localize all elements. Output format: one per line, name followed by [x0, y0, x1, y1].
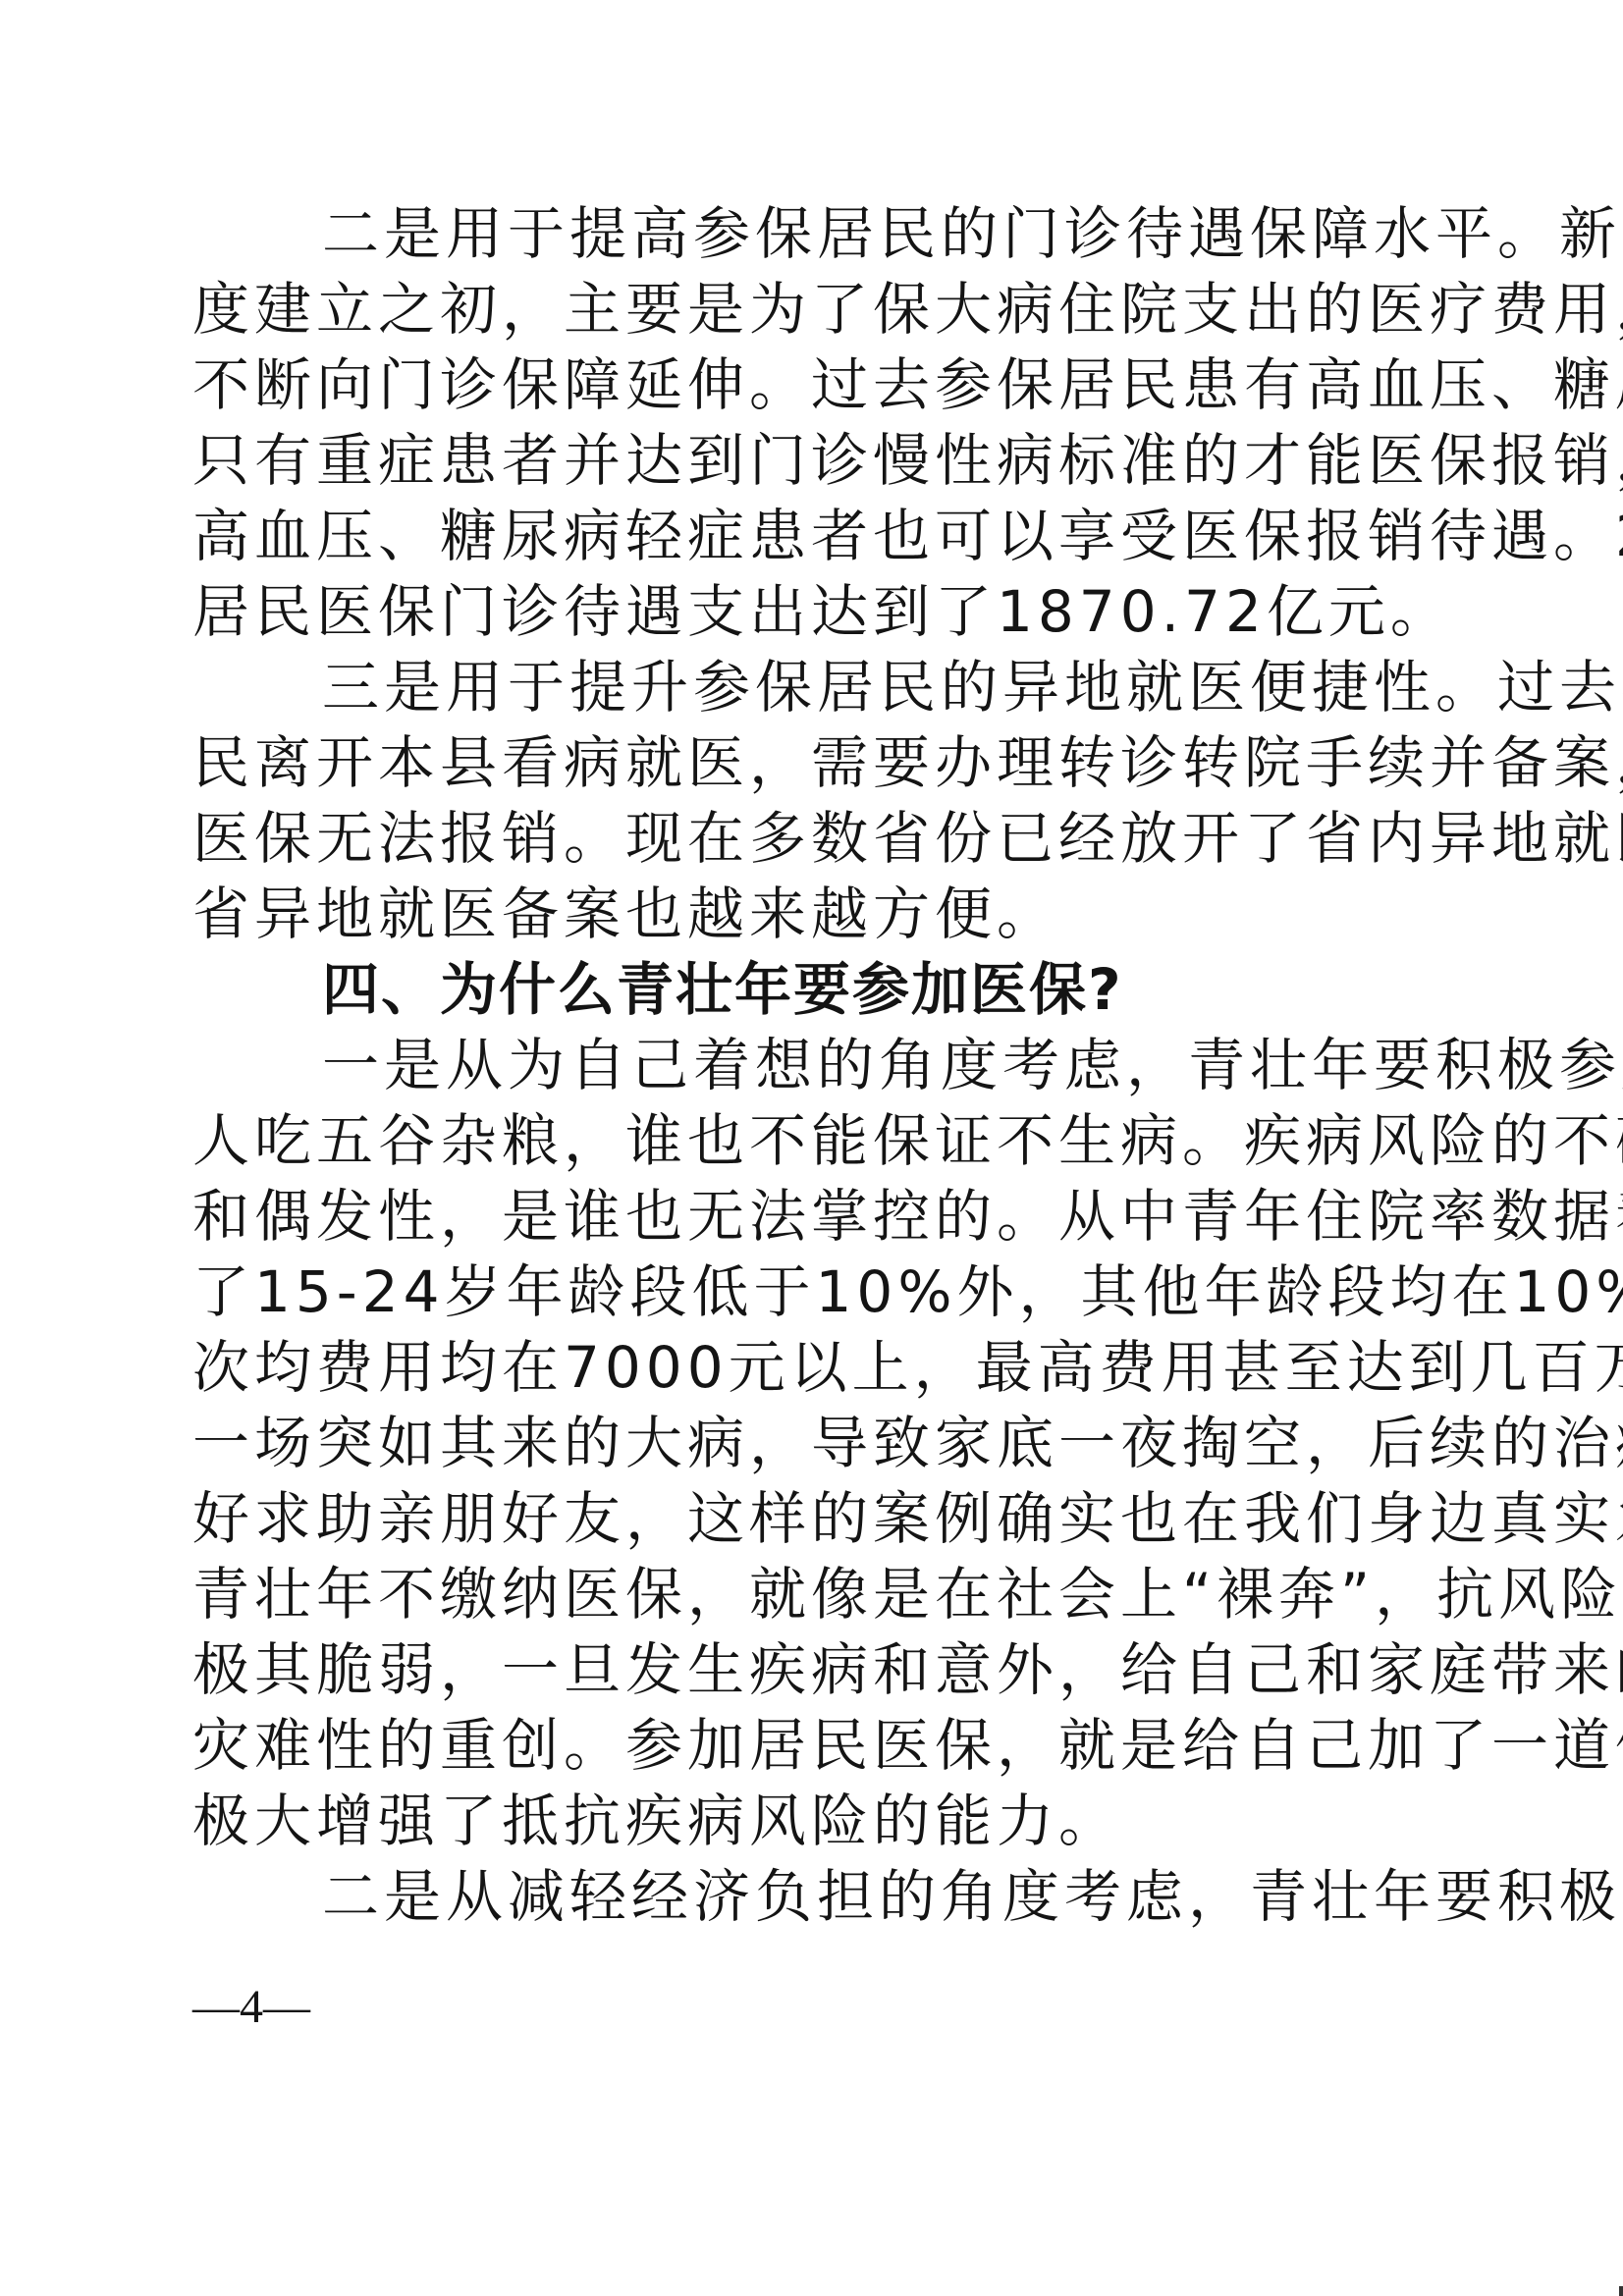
paragraph-economic-burden: 二是从减轻经济负担的角度考虑，青壮年要积极参加医 — [192, 1859, 1392, 1935]
text-line: 一场突如其来的大病，导致家底一夜掏空，后续的治疗费只 — [192, 1406, 1392, 1481]
text-line: 人吃五谷杂粮，谁也不能保证不生病。疾病风险的不确定性 — [192, 1103, 1392, 1179]
paragraph-outpatient-coverage: 二是用于提高参保居民的门诊待遇保障水平。新农合制 度建立之初，主要是为了保大病住… — [192, 196, 1392, 650]
text-line: 二是从减轻经济负担的角度考虑，青壮年要积极参加医 — [192, 1859, 1392, 1935]
document-body: 二是用于提高参保居民的门诊待遇保障水平。新农合制 度建立之初，主要是为了保大病住… — [192, 196, 1392, 1935]
text-line: 极大增强了抵抗疾病风险的能力。 — [192, 1784, 1392, 1859]
text-line: 民离开本县看病就医，需要办理转诊转院手续并备案，否则 — [192, 725, 1392, 801]
text-line: 省异地就医备案也越来越方便。 — [192, 877, 1392, 952]
text-line: 和偶发性，是谁也无法掌控的。从中青年住院率数据看，除 — [192, 1179, 1392, 1255]
document-page: 二是用于提高参保居民的门诊待遇保障水平。新农合制 度建立之初，主要是为了保大病住… — [0, 0, 1623, 2296]
text-line: 灾难性的重创。参加居民医保，就是给自己加了一道保障， — [192, 1708, 1392, 1784]
paragraph-self-interest: 一是从为自己着想的角度考虑，青壮年要积极参加医保。 人吃五谷杂粮，谁也不能保证不… — [192, 1028, 1392, 1859]
text-line: 高血压、糖尿病轻症患者也可以享受医保报销待遇。2023年， — [192, 499, 1392, 574]
text-line: 只有重症患者并达到门诊慢性病标准的才能医保报销，现在 — [192, 423, 1392, 499]
text-line: 一是从为自己着想的角度考虑，青壮年要积极参加医保。 — [192, 1028, 1392, 1103]
text-line: 青壮年不缴纳医保，就像是在社会上“裸奔”，抗风险能力 — [192, 1557, 1392, 1632]
section-heading: 四、为什么青壮年要参加医保? — [192, 952, 1392, 1028]
text-line: 极其脆弱，一旦发生疾病和意外，给自己和家庭带来的就是 — [192, 1632, 1392, 1708]
text-line: 了15-24岁年龄段低于10%外，其他年龄段均在10%以上。 — [192, 1255, 1392, 1330]
text-line: 三是用于提升参保居民的异地就医便捷性。过去参保居 — [192, 650, 1392, 725]
text-line: 居民医保门诊待遇支出达到了1870.72亿元。 — [192, 574, 1392, 650]
text-line: 次均费用均在7000元以上，最高费用甚至达到几百万元。 — [192, 1330, 1392, 1406]
paragraph-offsite-care: 三是用于提升参保居民的异地就医便捷性。过去参保居 民离开本县看病就医，需要办理转… — [192, 650, 1392, 952]
text-line: 好求助亲朋好友，这样的案例确实也在我们身边真实发生过。 — [192, 1481, 1392, 1557]
scan-artifact — [1619, 2286, 1623, 2296]
page-number: —4— — [192, 1978, 310, 2037]
text-line: 度建立之初，主要是为了保大病住院支出的医疗费用，现在 — [192, 272, 1392, 347]
text-line: 医保无法报销。现在多数省份已经放开了省内异地就医，跨 — [192, 801, 1392, 877]
text-line: 二是用于提高参保居民的门诊待遇保障水平。新农合制 — [192, 196, 1392, 272]
text-line: 不断向门诊保障延伸。过去参保居民患有高血压、糖尿病， — [192, 347, 1392, 423]
